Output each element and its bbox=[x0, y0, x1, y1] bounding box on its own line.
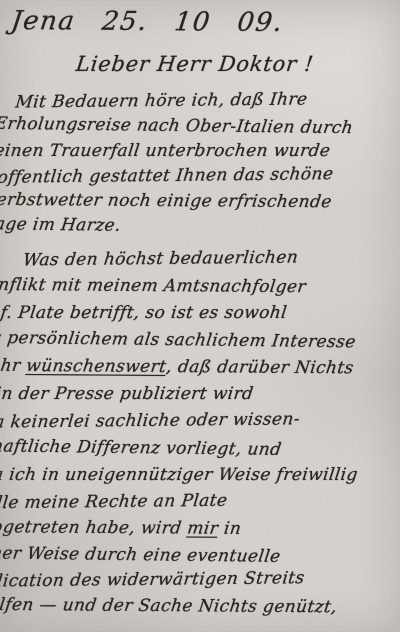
scanned-letter-page: Jena 25. 10 09. Lieber Herr Doktor ! Mit… bbox=[0, 0, 400, 632]
letter-line: in der Presse publiziert wird bbox=[0, 385, 255, 405]
letter-line: alle meine Rechte an Plate bbox=[0, 492, 228, 514]
letter-line: Mit Bedauern höre ich, daß Ihre bbox=[14, 90, 308, 113]
letter-line: Prof. Plate betrifft, so ist es sowohl bbox=[0, 304, 288, 324]
letter-line: keiner Weise durch eine eventuelle bbox=[0, 544, 282, 567]
letter-line: da ich in uneigennütziger Weise freiwill… bbox=[0, 466, 359, 486]
letter-line: hoffentlich gestattet Ihnen das schöne bbox=[0, 165, 334, 188]
letter-line: Was den höchst bedauerlichen bbox=[22, 249, 299, 271]
handwritten-letter: Jena 25. 10 09. Lieber Herr Doktor ! Mit… bbox=[0, 0, 400, 632]
letter-line-segment: in bbox=[217, 519, 243, 539]
underlined-word: mir bbox=[186, 519, 219, 539]
letter-line: Herbstwetter noch einige erfrischende bbox=[0, 191, 333, 213]
letter-line: einen Trauerfall unterbrochen wurde bbox=[0, 142, 331, 162]
letter-line: abgetreten habe, wird mir in bbox=[0, 518, 242, 539]
letter-salutation: Lieber Herr Doktor ! bbox=[75, 52, 316, 76]
letter-line: Tage im Harze. bbox=[0, 215, 122, 236]
letter-line: aus persönlichem als sachlichem Interess… bbox=[0, 329, 357, 353]
letter-line-segment: sehr bbox=[0, 356, 28, 376]
letter-line-segment: , daß darüber Nichts bbox=[165, 357, 355, 378]
letter-line: sehr wünschenswert, daß darüber Nichts bbox=[0, 357, 355, 379]
letter-line: schaftliche Differenz vorliegt, und bbox=[0, 437, 283, 460]
letter-line: Publication des widerwärtigen Streits bbox=[0, 569, 306, 592]
letter-line: geholfen — und der Sache Nichts genützt, bbox=[0, 596, 338, 618]
letter-line: Konflikt mit meinem Amtsnachfolger bbox=[0, 276, 307, 298]
letter-line: Da keinerlei sachliche oder wissen- bbox=[0, 410, 301, 433]
letter-line-segment: abgetreten habe, wird bbox=[0, 517, 189, 538]
underlined-word: wünschenswert bbox=[25, 356, 168, 377]
letter-dateline: Jena 25. 10 09. bbox=[9, 7, 285, 39]
letter-line: Erholungsreise nach Ober-Italien durch bbox=[0, 115, 354, 139]
